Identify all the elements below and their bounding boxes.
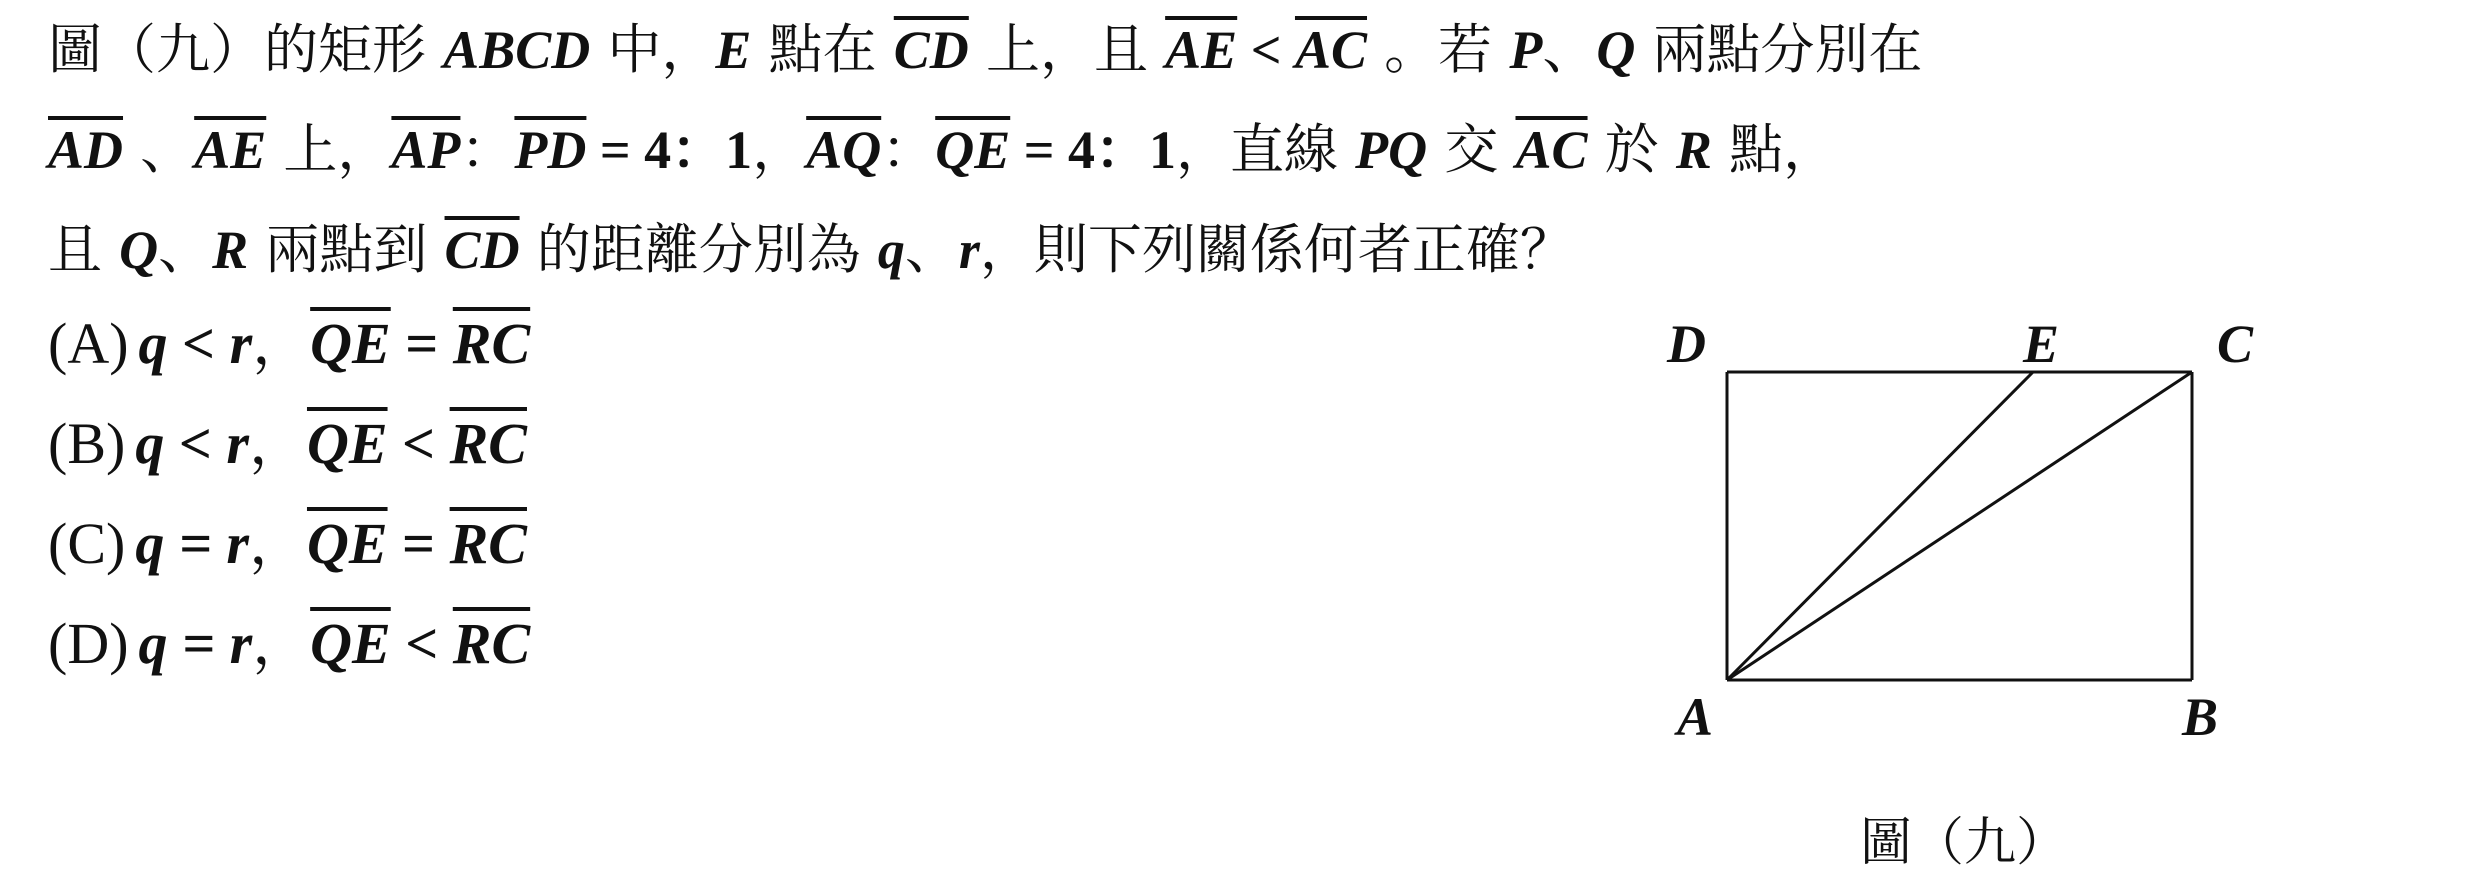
figure-caption: 圖（九） (1860, 800, 2068, 870)
segment-AC (1727, 372, 2192, 680)
vertex-label-A: A (1674, 687, 1713, 747)
vertex-label-E: E (2022, 314, 2059, 374)
figure-rectangle-diagram: ABCDE (0, 0, 2470, 870)
vertex-label-D: D (1666, 314, 1706, 374)
segment-AE (1727, 372, 2033, 680)
vertex-label-B: B (2181, 687, 2218, 747)
vertex-label-C: C (2217, 314, 2254, 374)
